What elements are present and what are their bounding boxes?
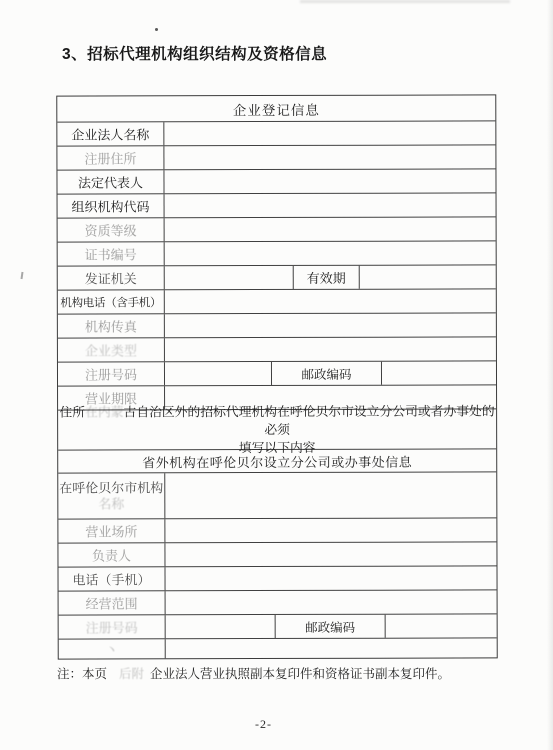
field-label: 发证机关	[58, 266, 164, 289]
row-issuing-authority: 发证机关 有效期	[58, 264, 496, 289]
page-title: 3、招标代理机构组织结构及资格信息	[62, 42, 327, 64]
value-cell	[381, 361, 496, 384]
value-cell	[164, 472, 496, 518]
footnote-prefix: 注：本页	[57, 667, 107, 681]
footnote-illegible: 后附	[119, 664, 144, 682]
row-org-fax: 机构传真	[58, 312, 496, 337]
field-label-postal-code: 邮政编码	[275, 615, 385, 638]
value-cell	[164, 193, 496, 217]
field-label: 机构电话（含手机）	[58, 290, 164, 313]
field-label: 注册号码	[58, 362, 164, 385]
field-label: 法定代表人	[57, 170, 163, 193]
row-legal-name: 企业法人名称	[57, 120, 495, 145]
scan-speck	[155, 28, 158, 31]
enterprise-registration-table: 企业登记信息 企业法人名称 注册住所 法定代表人 组织机构代码 资质等级 证书编…	[56, 94, 497, 659]
value-cell	[164, 337, 496, 361]
value-cell	[165, 615, 275, 638]
field-label: 企业法人名称	[57, 122, 163, 145]
row-registered-address: 注册住所	[57, 144, 495, 169]
field-label: 企业类型	[58, 338, 164, 361]
field-label: 负责人	[58, 543, 164, 566]
field-label: 证书编号	[58, 242, 164, 265]
field-label-postal-code: 邮政编码	[271, 362, 381, 385]
value-cell	[164, 518, 496, 542]
scan-speck	[21, 272, 24, 279]
value-cell	[163, 145, 495, 169]
field-label: 组织机构代码	[58, 194, 164, 217]
field-label: 机构传真	[58, 314, 164, 337]
row-blank-last: 丶	[59, 637, 497, 658]
row-branch-note: 住所在内蒙古自治区外的招标代理机构在呼伦贝尔市设立分公司或者办事处的必须 填写以…	[58, 408, 496, 449]
row-qualification-level: 资质等级	[58, 216, 496, 241]
value-cell	[385, 614, 497, 637]
row-business-scope: 经营范围	[59, 589, 497, 614]
row-enterprise-type: 企业类型	[58, 336, 496, 361]
row-org-code: 组织机构代码	[58, 192, 496, 217]
value-cell	[163, 121, 495, 145]
row-registration-no: 注册号码 邮政编码	[58, 360, 496, 385]
row-branch-org-name: 在呼伦贝尔市机构 名称	[58, 471, 496, 518]
row-person-in-charge: 负责人	[58, 541, 496, 566]
field-label: 在呼伦贝尔市机构 名称	[58, 473, 164, 518]
footnote-body: 企业法人营业执照副本复印件和资格证书副本复印件。	[150, 667, 450, 681]
branch-section-title: 省外机构在呼伦贝尔设立分公司或办事处信息	[58, 449, 496, 472]
field-label: 营业场所	[58, 519, 164, 542]
row-business-premises: 营业场所	[58, 517, 496, 542]
value-cell	[164, 217, 496, 241]
field-label: 注册号码	[59, 615, 165, 638]
field-label: 经营范围	[59, 591, 165, 614]
field-label-illegible: 丶	[59, 639, 165, 658]
row-legal-representative: 法定代表人	[57, 168, 495, 193]
row-branch-section-header: 省外机构在呼伦贝尔设立分公司或办事处信息	[58, 448, 496, 472]
page-number: -2-	[0, 717, 527, 732]
table-title: 企业登记信息	[57, 95, 495, 121]
value-cell	[163, 169, 495, 193]
value-cell	[164, 241, 496, 265]
scan-top-smudge	[300, 0, 510, 3]
scan-edge-shadow	[547, 0, 553, 750]
value-cell	[165, 638, 497, 658]
field-label-validity: 有效期	[293, 266, 359, 289]
value-cell	[164, 266, 293, 289]
value-cell	[359, 265, 496, 288]
row-branch-registration-no: 注册号码 邮政编码	[59, 613, 497, 638]
value-cell	[164, 362, 271, 385]
value-cell	[164, 313, 496, 337]
footnote: 注：本页后附企业法人营业执照副本复印件和资格证书副本复印件。	[57, 664, 450, 682]
field-label: 注册住所	[57, 146, 163, 169]
row-certificate-no: 证书编号	[58, 240, 496, 265]
value-cell	[165, 590, 497, 614]
value-cell	[164, 566, 496, 590]
value-cell	[164, 542, 496, 566]
row-branch-phone: 电话（手机）	[58, 565, 496, 590]
branch-note-text: 住所在内蒙古自治区外的招标代理机构在呼伦贝尔市设立分公司或者办事处的必须 填写以…	[58, 409, 496, 449]
field-label: 电话（手机）	[58, 567, 164, 590]
table-header-row: 企业登记信息	[57, 95, 495, 121]
field-label: 资质等级	[58, 218, 164, 241]
row-org-phone: 机构电话（含手机）	[58, 288, 496, 313]
value-cell	[164, 289, 496, 313]
